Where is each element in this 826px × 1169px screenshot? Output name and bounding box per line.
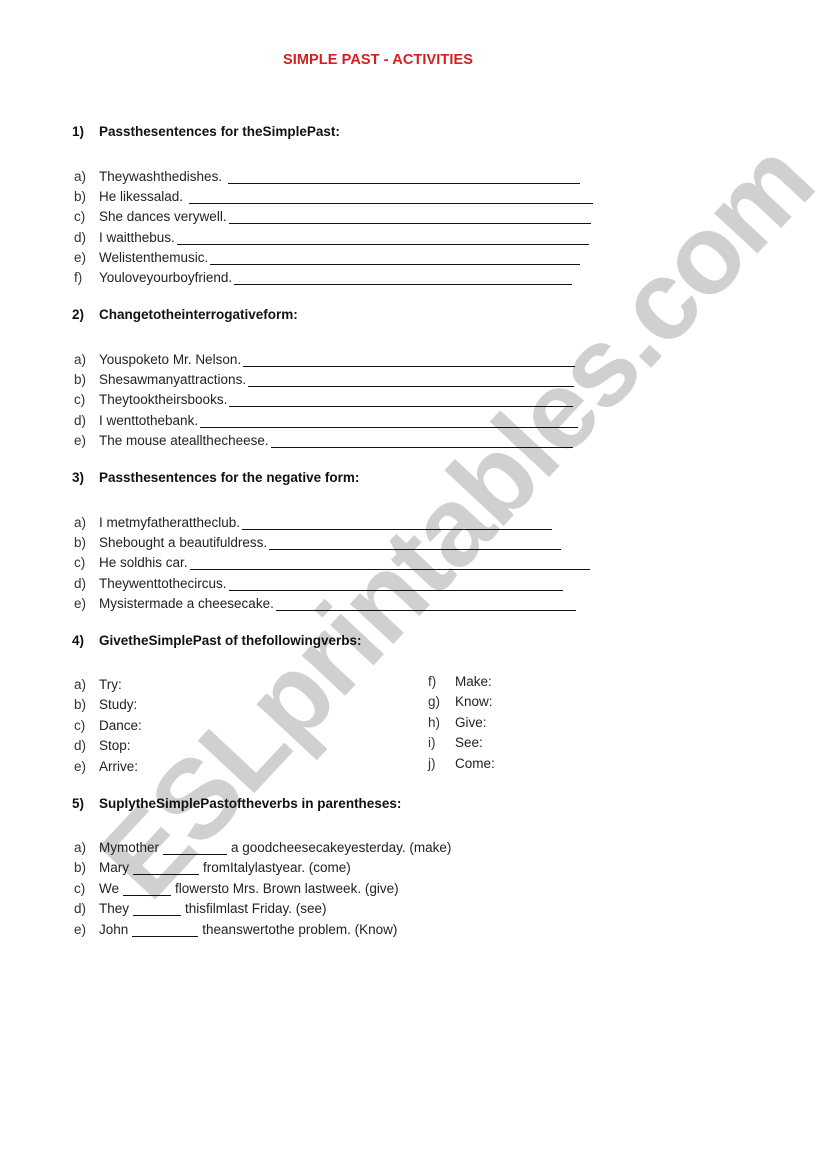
- answer-blank[interactable]: [242, 515, 552, 530]
- exercise-item: c)Theytooktheirsbooks.: [74, 387, 573, 407]
- exercise-item: a)Youspoketo Mr. Nelson.: [74, 347, 575, 367]
- item-text: Make:: [455, 674, 492, 689]
- exercise-item: c)He soldhis car.: [74, 550, 590, 570]
- item-text: I waitthebus.: [99, 230, 175, 245]
- item-label: a): [74, 352, 99, 367]
- section-title: Passthesentences for theSimplePast:: [99, 124, 340, 139]
- item-text: Theywashthedishes.: [99, 169, 222, 184]
- item-text-before: We: [99, 881, 119, 896]
- verb-item: c)Dance:: [74, 713, 142, 733]
- item-text: Give:: [455, 715, 487, 730]
- fill-in-item: b)MaryfromItalylastyear. (come): [74, 855, 351, 875]
- item-text: Theywenttothecircus.: [99, 576, 227, 591]
- item-label: d): [74, 738, 99, 753]
- item-text: Try:: [99, 677, 122, 692]
- item-text: I wenttothebank.: [99, 413, 198, 428]
- exercise-item: d)I waitthebus.: [74, 225, 589, 245]
- item-label: e): [74, 433, 99, 448]
- item-text-after: thisfilmlast Friday. (see): [185, 901, 327, 916]
- verb-item: a)Try:: [74, 672, 122, 692]
- item-label: b): [74, 860, 99, 875]
- answer-blank[interactable]: [229, 576, 563, 591]
- answer-blank[interactable]: [123, 881, 171, 896]
- exercise-item: e)Welistenthemusic.: [74, 245, 580, 265]
- verb-item: g)Know:: [428, 694, 493, 714]
- item-text: Theytooktheirsbooks.: [99, 392, 227, 407]
- answer-blank[interactable]: [271, 433, 573, 448]
- item-label: j): [428, 756, 455, 771]
- item-label: h): [428, 715, 455, 730]
- item-label: c): [74, 718, 99, 733]
- item-text: Know:: [455, 694, 493, 709]
- exercise-item: e)The mouse ateallthecheese.: [74, 428, 573, 448]
- exercise-item: b)Shebought a beautifuldress.: [74, 530, 561, 550]
- answer-blank[interactable]: [163, 840, 227, 855]
- verb-item: h)Give:: [428, 715, 487, 735]
- item-label: d): [74, 576, 99, 591]
- item-text: See:: [455, 735, 483, 750]
- answer-blank[interactable]: [276, 596, 576, 611]
- item-label: a): [74, 515, 99, 530]
- exercise-item: b)Shesawmanyattractions.: [74, 367, 574, 387]
- item-label: d): [74, 413, 99, 428]
- section-number: 4): [72, 633, 99, 648]
- section-3-heading: 3)Passthesentences for the negative form…: [72, 470, 359, 485]
- item-text: The mouse ateallthecheese.: [99, 433, 269, 448]
- verb-item: f)Make:: [428, 674, 492, 694]
- item-text-before: Mary: [99, 860, 129, 875]
- exercise-item: c)She dances verywell.: [74, 204, 591, 224]
- item-label: a): [74, 840, 99, 855]
- item-text: He soldhis car.: [99, 555, 188, 570]
- answer-blank[interactable]: [190, 555, 590, 570]
- item-label: f): [428, 674, 455, 689]
- item-label: d): [74, 901, 99, 916]
- item-label: c): [74, 209, 99, 224]
- item-label: c): [74, 881, 99, 896]
- item-text: Come:: [455, 756, 495, 771]
- item-text: Study:: [99, 697, 137, 712]
- answer-blank[interactable]: [229, 209, 591, 224]
- exercise-item: a)I metmyfatherattheclub.: [74, 510, 552, 530]
- item-text-before: They: [99, 901, 129, 916]
- answer-blank[interactable]: [189, 189, 593, 204]
- section-number: 1): [72, 124, 99, 139]
- verb-item: d)Stop:: [74, 733, 131, 753]
- section-title: Changetotheinterrogativeform:: [99, 307, 298, 322]
- answer-blank[interactable]: [248, 372, 574, 387]
- exercise-item: f)Youloveyourboyfriend.: [74, 265, 572, 285]
- answer-blank[interactable]: [200, 413, 578, 428]
- fill-in-item: c)Weflowersto Mrs. Brown lastweek. (give…: [74, 876, 399, 896]
- section-2-heading: 2)Changetotheinterrogativeform:: [72, 307, 298, 322]
- item-label: e): [74, 596, 99, 611]
- answer-blank[interactable]: [210, 250, 580, 265]
- item-label: d): [74, 230, 99, 245]
- item-label: g): [428, 694, 455, 709]
- item-label: b): [74, 372, 99, 387]
- item-text: Youspoketo Mr. Nelson.: [99, 352, 241, 367]
- answer-blank[interactable]: [269, 535, 561, 550]
- item-text: Welistenthemusic.: [99, 250, 208, 265]
- item-label: f): [74, 270, 99, 285]
- fill-in-item: e)Johntheanswertothe problem. (Know): [74, 917, 397, 937]
- item-text-before: John: [99, 922, 128, 937]
- exercise-item: e)Mysistermade a cheesecake.: [74, 591, 576, 611]
- answer-blank[interactable]: [133, 901, 181, 916]
- item-text: Shebought a beautifuldress.: [99, 535, 267, 550]
- item-text: Dance:: [99, 718, 142, 733]
- fill-in-item: d)Theythisfilmlast Friday. (see): [74, 896, 327, 916]
- item-label: i): [428, 735, 455, 750]
- section-number: 2): [72, 307, 99, 322]
- item-label: e): [74, 250, 99, 265]
- section-title: SuplytheSimplePastoftheverbs in parenthe…: [99, 796, 401, 811]
- item-label: b): [74, 535, 99, 550]
- item-text: Stop:: [99, 738, 131, 753]
- item-text: Mysistermade a cheesecake.: [99, 596, 274, 611]
- answer-blank[interactable]: [243, 352, 575, 367]
- item-label: a): [74, 677, 99, 692]
- item-label: e): [74, 922, 99, 937]
- item-label: c): [74, 555, 99, 570]
- page-title: SIMPLE PAST - ACTIVITIES: [0, 52, 756, 68]
- item-text: Youloveyourboyfriend.: [99, 270, 232, 285]
- section-5-heading: 5)SuplytheSimplePastoftheverbs in parent…: [72, 796, 401, 811]
- answer-blank[interactable]: [228, 169, 580, 184]
- item-text-after: theanswertothe problem. (Know): [202, 922, 397, 937]
- item-text-after: flowersto Mrs. Brown lastweek. (give): [175, 881, 399, 896]
- verb-item: i)See:: [428, 735, 483, 755]
- verb-item: j)Come:: [428, 756, 495, 776]
- verb-item: e)Arrive:: [74, 754, 138, 774]
- item-label: e): [74, 759, 99, 774]
- answer-blank[interactable]: [229, 392, 573, 407]
- item-text: Shesawmanyattractions.: [99, 372, 246, 387]
- section-4-heading: 4)GivetheSimplePast of thefollowingverbs…: [72, 633, 362, 648]
- exercise-item: a)Theywashthedishes.: [74, 164, 580, 184]
- fill-in-item: a)Mymothera goodcheesecakeyesterday. (ma…: [74, 835, 451, 855]
- answer-blank[interactable]: [132, 922, 198, 937]
- item-label: c): [74, 392, 99, 407]
- item-text: She dances verywell.: [99, 209, 227, 224]
- exercise-item: d)Theywenttothecircus.: [74, 571, 563, 591]
- answer-blank[interactable]: [234, 270, 572, 285]
- item-label: b): [74, 697, 99, 712]
- worksheet-page: ESLprintables.com SIMPLE PAST - ACTIVITI…: [0, 0, 826, 1169]
- item-text-after: fromItalylastyear. (come): [203, 860, 351, 875]
- section-number: 3): [72, 470, 99, 485]
- item-text-after: a goodcheesecakeyesterday. (make): [231, 840, 451, 855]
- item-text: Arrive:: [99, 759, 138, 774]
- exercise-item: b)He likessalad.: [74, 184, 593, 204]
- section-number: 5): [72, 796, 99, 811]
- item-text: He likessalad.: [99, 189, 183, 204]
- verb-item: b)Study:: [74, 692, 137, 712]
- section-1-heading: 1)Passthesentences for theSimplePast:: [72, 124, 340, 139]
- item-text-before: Mymother: [99, 840, 159, 855]
- item-label: b): [74, 189, 99, 204]
- exercise-item: d)I wenttothebank.: [74, 408, 578, 428]
- item-label: a): [74, 169, 99, 184]
- item-text: I metmyfatherattheclub.: [99, 515, 240, 530]
- section-title: Passthesentences for the negative form:: [99, 470, 359, 485]
- answer-blank[interactable]: [177, 230, 589, 245]
- section-title: GivetheSimplePast of thefollowingverbs:: [99, 633, 362, 648]
- answer-blank[interactable]: [133, 860, 199, 875]
